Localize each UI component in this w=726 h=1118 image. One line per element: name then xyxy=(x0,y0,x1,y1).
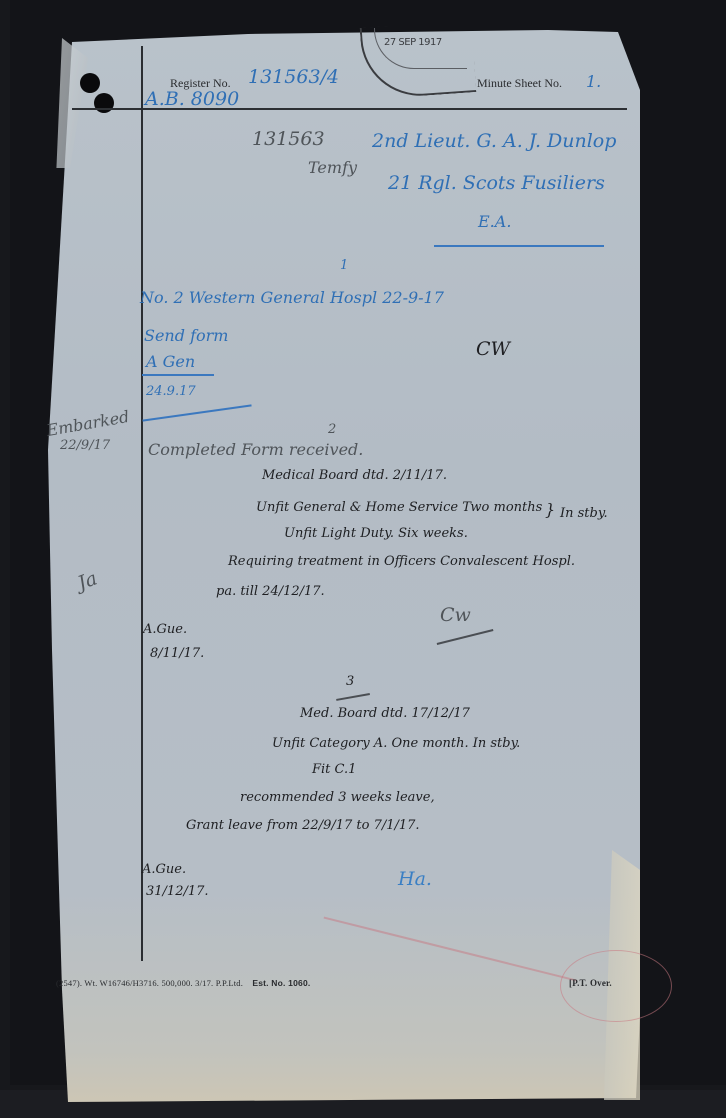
minute-3-line-1: Med. Board dtd. 17/12/17 xyxy=(300,706,470,721)
minute-1-underline xyxy=(142,374,214,376)
register-number: 131563/4 xyxy=(248,66,339,88)
minute-2-line-4: Unfit Light Duty. Six weeks. xyxy=(284,526,468,541)
minute-2-line-3: Unfit General & Home Service Two months xyxy=(256,500,542,515)
officer-initials: E.A. xyxy=(478,212,511,231)
minute-2-line-1: Completed Form received. xyxy=(148,440,363,459)
officer-name: 2nd Lieut. G. A. J. Dunlop xyxy=(372,130,616,152)
minute-3-line-2: Unfit Category A. One month. In stby. xyxy=(272,736,520,751)
minute-1-number: 1 xyxy=(340,258,348,273)
minute-2-line-7: pa. till 24/12/17. xyxy=(216,584,325,599)
minute-3-signature: Ha. xyxy=(398,868,432,890)
minute-1-line-1: No. 2 Western General Hospl 22-9-17 xyxy=(140,288,444,307)
minute-3-line-3: Fit C.1 xyxy=(312,762,356,777)
punch-hole-icon xyxy=(94,93,114,113)
please-turn-over: [P.T. Over. xyxy=(569,978,612,988)
officer-regiment: 21 Rgl. Scots Fusiliers xyxy=(388,172,605,194)
margin-note-agent-2: A.Gue. xyxy=(142,862,186,877)
officer-underline xyxy=(434,245,604,247)
stamp-date: 27 SEP 1917 xyxy=(384,37,442,48)
minute-1-line-4: 24.9.17 xyxy=(146,384,196,399)
minute-3-line-5: Grant leave from 22/9/17 to 7/1/17. xyxy=(186,818,420,833)
margin-note-agent-1-date: 8/11/17. xyxy=(150,646,204,661)
minute-2-line-6: Requiring treatment in Officers Convales… xyxy=(228,554,575,569)
minute-2-number: 2 xyxy=(328,422,336,437)
minute-3-number: 3 xyxy=(346,674,354,689)
pencil-register-ref: 131563 xyxy=(252,128,325,150)
imprint-text: (2547). Wt. W16746/H3716. 500,000. 3/17.… xyxy=(56,978,243,988)
minute-2-line-5: In stby. xyxy=(560,506,608,521)
punch-hole-icon xyxy=(80,73,100,93)
est-number: Est. No. 1060. xyxy=(252,978,310,988)
brace-icon: } xyxy=(545,500,555,519)
printer-imprint: (2547). Wt. W16746/H3716. 500,000. 3/17.… xyxy=(56,978,310,988)
file-reference: A.B. 8090 xyxy=(145,88,239,110)
minute-sheet-no-label: Minute Sheet No. xyxy=(477,76,562,91)
minute-1-line-3: A Gen xyxy=(146,352,195,371)
minute-3-line-4: recommended 3 weeks leave, xyxy=(240,790,435,805)
minute-2-line-2: Medical Board dtd. 2/11/17. xyxy=(262,468,447,483)
margin-note-agent-2-date: 31/12/17. xyxy=(146,884,209,899)
minute-1-line-2: Send form xyxy=(144,326,228,345)
minute-2-signature: Cw xyxy=(440,604,471,626)
margin-note-embarked-date: 22/9/17 xyxy=(60,438,110,453)
margin-note-agent-1: A.Gue. xyxy=(143,622,187,637)
pencil-note: Temfy xyxy=(308,158,357,177)
margin-rule xyxy=(141,46,143,961)
minute-1-signature: CW xyxy=(476,338,510,360)
minute-sheet-number: 1. xyxy=(586,72,601,91)
